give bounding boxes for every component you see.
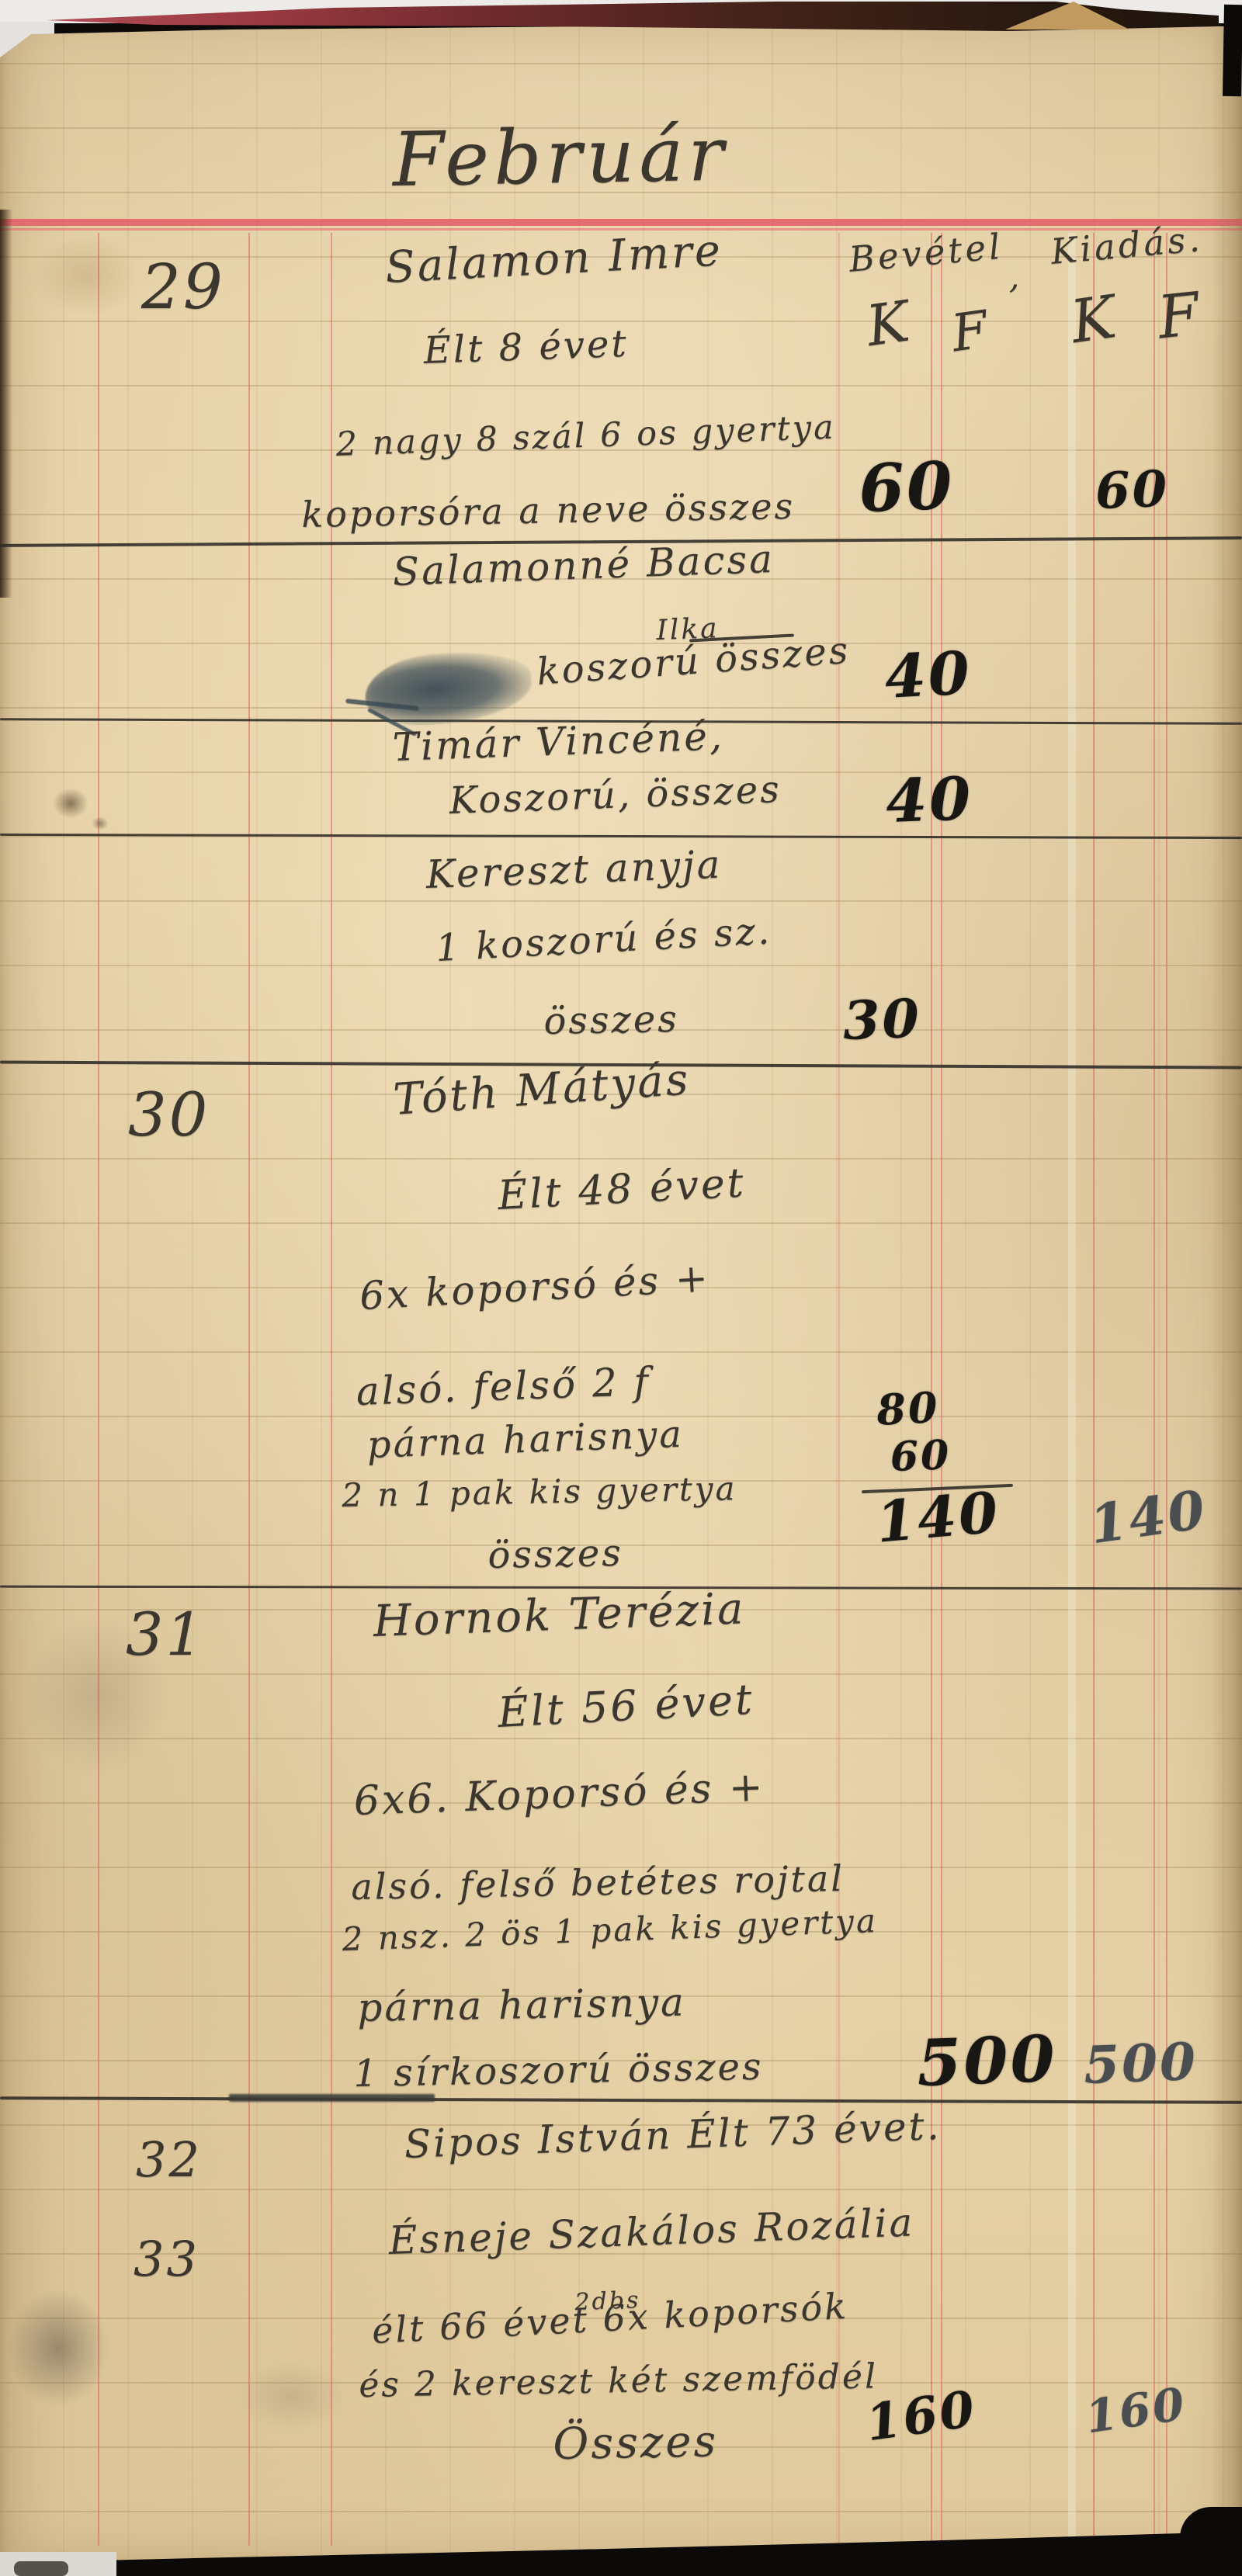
pale-column-band [1068, 233, 1076, 2546]
ink-blot [363, 648, 534, 730]
book-edge-shadow [0, 210, 12, 598]
entry-detail: Összes [553, 2420, 719, 2467]
entry-number: 30 [128, 1085, 210, 1146]
bottom-right-shadow [1180, 2507, 1242, 2576]
column-unit-income-k: K [863, 293, 914, 354]
income-amount: 160 [863, 2384, 980, 2449]
paper-stain [53, 788, 88, 819]
sub-amount-total: 140 [874, 1484, 1002, 1551]
entry-name: Salamonné Bacsa [392, 539, 775, 591]
sub-amount: 60 [890, 1435, 952, 1478]
entry-detail: összes [543, 1000, 679, 1040]
page-edge-shading [1211, 27, 1242, 2534]
expense-amount: 500 [1083, 2036, 1199, 2091]
entry-name: Salamon Imre [384, 229, 723, 290]
entry-detail: 6x koporsó és + [359, 1258, 711, 1316]
red-margin-line [98, 233, 99, 2546]
expense-amount: 60 [1095, 465, 1170, 517]
entry-detail: párna harisnya [357, 1983, 686, 2027]
entry-detail: koszorú összes [536, 632, 852, 691]
entry-name: Sipos István Élt 73 évet. [404, 2106, 942, 2164]
entry-name: Timár Vincéné, [392, 716, 725, 767]
entry-detail: 1 sírkoszorú összes [353, 2048, 764, 2092]
page-title: Február [392, 116, 729, 197]
income-amount: 30 [842, 992, 922, 1047]
entry-detail: 2 n 1 pak kis gyertya [342, 1472, 737, 1512]
entry-detail: 2 nagy 8 szál 6 os gyertya [335, 411, 836, 462]
red-column-line [1166, 233, 1167, 2546]
column-unit-expense-f: F [1155, 284, 1204, 347]
ink-smudge [229, 2094, 435, 2102]
red-margin-line [331, 233, 332, 2546]
column-header-income: Bevétel [848, 229, 1004, 277]
entry-number: 33 [134, 2235, 199, 2283]
red-column-line [1093, 233, 1095, 2546]
sub-amount: 80 [876, 1386, 941, 1431]
book-spine-edge [1223, 5, 1242, 96]
income-amount: 500 [916, 2027, 1058, 2096]
entry-number: 31 [126, 1605, 206, 1664]
entry-age: Élt 56 évet [497, 1679, 755, 1734]
entry-name: Tóth Mátyás [392, 1058, 692, 1122]
ink-separator-line [0, 2096, 1242, 2104]
expense-amount: 160 [1083, 2381, 1189, 2440]
paper-stain [31, 233, 140, 318]
ink-separator-line [0, 834, 1242, 839]
entry-detail: párna harisnya [366, 1416, 685, 1464]
entry-detail: alsó. felső 2 f [356, 1362, 651, 1411]
entry-detail: koporsóra a neve összes [301, 488, 795, 532]
entry-name: Kereszt anyja [425, 845, 723, 894]
red-column-line [1154, 233, 1155, 2546]
bottom-edge-shadow [14, 2561, 68, 2576]
entry-number: 32 [136, 2136, 202, 2184]
entry-detail: 1 koszorú és sz. [435, 912, 772, 967]
entry-detail: összes [487, 1534, 623, 1574]
entry-age: Élt 8 évet [423, 325, 629, 369]
red-column-line [941, 233, 942, 2546]
income-amount: 40 [885, 769, 973, 831]
entry-number: 29 [141, 256, 225, 318]
income-amount: 40 [883, 643, 973, 707]
income-amount: 60 [858, 453, 956, 522]
entry-detail: Koszorú, összes [449, 771, 782, 820]
paper-stain [92, 816, 109, 830]
column-unit-income-f: F [949, 303, 994, 359]
entry-name: Ésneje Szakálos Rozália [388, 2203, 915, 2260]
entry-detail: és 2 kereszt két szemfödél [359, 2359, 878, 2403]
entry-detail: 2 nsz. 2 ös 1 pak kis gyertya [342, 1905, 879, 1956]
expense-amount: 140 [1087, 1483, 1210, 1551]
paper-stain [8, 2290, 109, 2406]
column-unit-expense-k: K [1067, 287, 1122, 352]
red-column-line [838, 233, 840, 2546]
entry-name: Hornok Terézia [373, 1587, 746, 1644]
entry-detail: élt 66 évet 6x koporsók [371, 2288, 849, 2349]
red-margin-line [248, 233, 250, 2546]
entry-age: Élt 48 évet [497, 1163, 747, 1216]
ledger-page: Február Bevétel , Kiadás. K F K F 29 Sal… [0, 0, 1242, 2576]
entry-detail: 6x6. Koporsó és + [353, 1767, 765, 1822]
column-header-separator: , [1009, 261, 1022, 293]
entry-detail: alsó. felső betétes rojtal [351, 1860, 845, 1905]
red-header-rule [0, 219, 1242, 226]
paper: Február Bevétel , Kiadás. K F K F 29 Sal… [0, 0, 1242, 2576]
